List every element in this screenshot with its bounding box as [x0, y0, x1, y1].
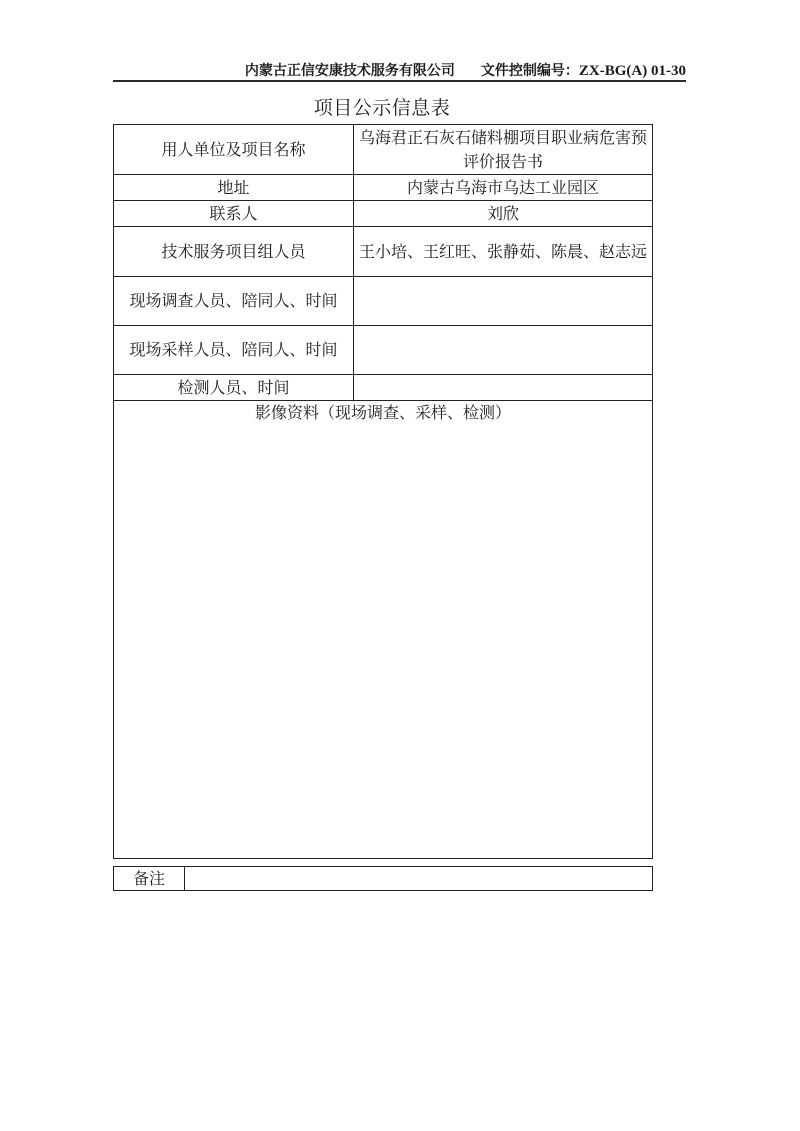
table-row-site-sampling: 现场采样人员、陪同人、时间 — [114, 326, 653, 375]
doc-code-label: 文件控制编号： — [481, 63, 579, 79]
field-label: 检测人员、时间 — [114, 375, 354, 401]
field-value-site-survey — [354, 277, 653, 326]
table-row-testing: 检测人员、时间 — [114, 375, 653, 401]
remarks-label: 备注 — [114, 867, 185, 891]
field-label: 技术服务项目组人员 — [114, 227, 354, 277]
doc-code-value: ZX-BG(A) 01-30 — [579, 63, 686, 79]
media-section: 影像资料（现场调查、采样、检测） — [114, 401, 653, 859]
remarks-value — [185, 867, 653, 891]
field-value-team-members: 王小培、王红旺、张静茹、陈晨、赵志远 — [354, 227, 653, 277]
page-title: 项目公示信息表 — [113, 96, 651, 120]
field-value-site-sampling — [354, 326, 653, 375]
field-label: 联系人 — [114, 201, 354, 227]
table-row-address: 地址 内蒙古乌海市乌达工业园区 — [114, 175, 653, 201]
field-label: 用人单位及项目名称 — [114, 125, 354, 175]
remarks-table: 备注 — [113, 866, 653, 891]
table-row-project-name: 用人单位及项目名称 乌海君正石灰石储料棚项目职业病危害预评价报告书 — [114, 125, 653, 175]
table-row-team-members: 技术服务项目组人员 王小培、王红旺、张静茹、陈晨、赵志远 — [114, 227, 653, 277]
field-value-contact: 刘欣 — [354, 201, 653, 227]
table-row-site-survey: 现场调查人员、陪同人、时间 — [114, 277, 653, 326]
project-info-table: 用人单位及项目名称 乌海君正石灰石储料棚项目职业病危害预评价报告书 地址 内蒙古… — [113, 124, 653, 859]
page-header: 内蒙古正信安康技术服务有限公司 文件控制编号：ZX-BG(A) 01-30 — [113, 58, 686, 80]
field-label: 地址 — [114, 175, 354, 201]
header-rule — [113, 80, 686, 82]
field-label: 现场采样人员、陪同人、时间 — [114, 326, 354, 375]
field-label: 现场调查人员、陪同人、时间 — [114, 277, 354, 326]
field-value-address: 内蒙古乌海市乌达工业园区 — [354, 175, 653, 201]
field-value-testing — [354, 375, 653, 401]
table-row-remarks: 备注 — [114, 867, 653, 891]
company-name: 内蒙古正信安康技术服务有限公司 — [245, 60, 455, 80]
table-row-contact: 联系人 刘欣 — [114, 201, 653, 227]
document-control-number: 文件控制编号：ZX-BG(A) 01-30 — [481, 60, 686, 80]
media-section-title: 影像资料（现场调查、采样、检测） — [118, 401, 648, 425]
field-value-project-name: 乌海君正石灰石储料棚项目职业病危害预评价报告书 — [354, 125, 653, 175]
table-row-media: 影像资料（现场调查、采样、检测） — [114, 401, 653, 859]
